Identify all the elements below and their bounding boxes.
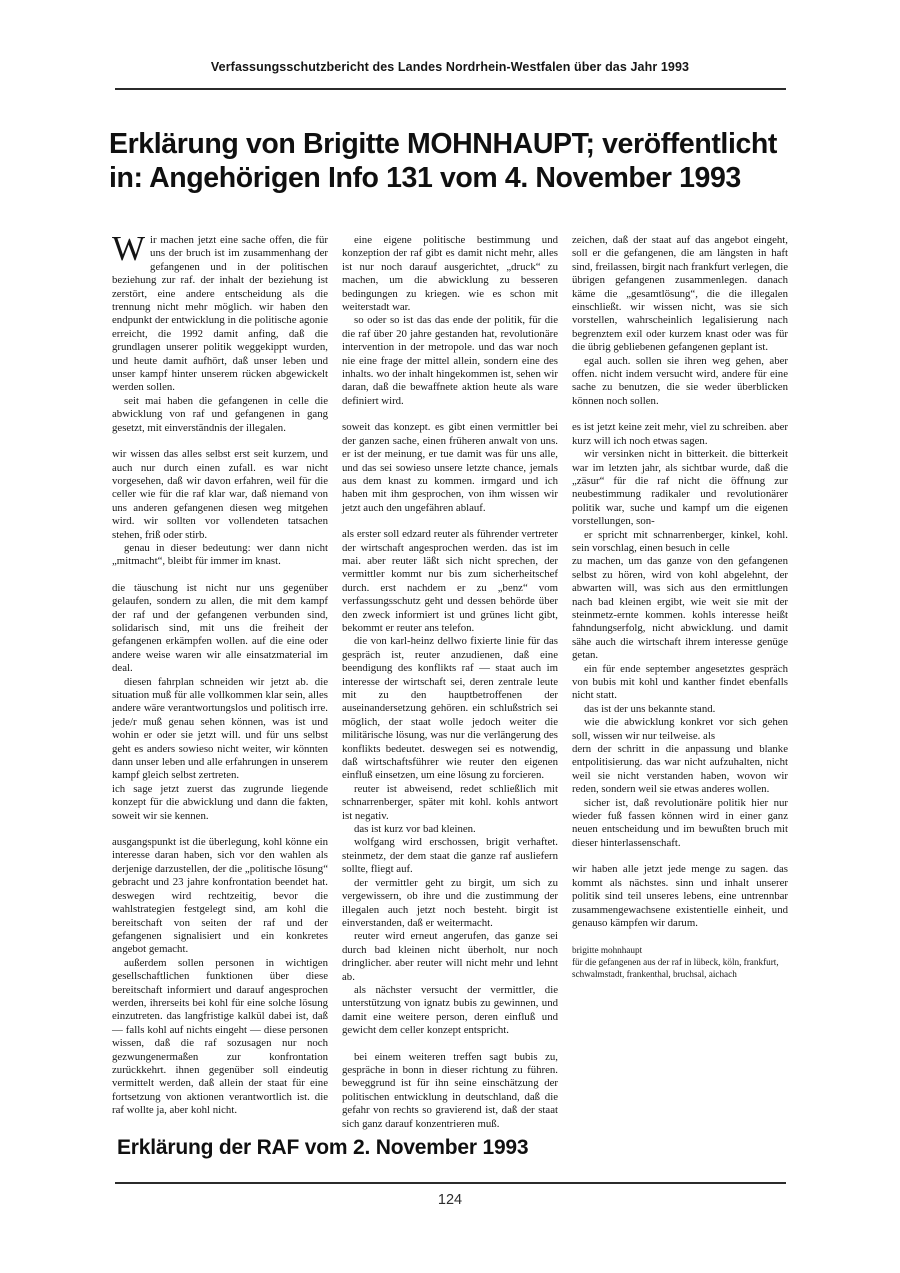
paragraph: die von karl-heinz dellwo fixierte linie… [342, 635, 558, 782]
signature-detail: für die gefangenen aus der raf in lübeck… [572, 956, 788, 980]
paragraph: reuter ist abweisend, redet schließlich … [342, 783, 558, 823]
paragraph: zeichen, daß der staat auf das angebot e… [572, 234, 788, 355]
paragraph: außerdem sollen personen in wichtigen ge… [112, 957, 328, 1118]
footer-section-heading: Erklärung der RAF vom 2. November 1993 [117, 1136, 528, 1160]
paragraph: wir versinken nicht in bitterkeit. die b… [572, 448, 788, 528]
document-title-line2: in: Angehörigen Info 131 vom 4. November… [109, 161, 801, 195]
body-column-3: zeichen, daß der staat auf das angebot e… [572, 234, 788, 1131]
paragraph: egal auch. sollen sie ihren weg gehen, a… [572, 355, 788, 409]
paragraph: ausgangspunkt ist die überlegung, kohl k… [112, 836, 328, 957]
paragraph: diesen fahrplan schneiden wir jetzt ab. … [112, 676, 328, 783]
paragraph: er spricht mit schnarrenberger, kinkel, … [572, 529, 788, 556]
body-column-1: Wir machen jetzt eine sache offen, die f… [112, 234, 328, 1131]
paragraph: reuter wird erneut angerufen, das ganze … [342, 930, 558, 984]
paragraph: genau in dieser bedeutung: wer dann nich… [112, 542, 328, 569]
paragraph: wir haben alle jetzt jede menge zu sagen… [572, 863, 788, 930]
signature-name: brigitte mohnhaupt [572, 944, 788, 956]
paragraph: das ist kurz vor bad kleinen. [342, 823, 558, 836]
paragraph: als erster soll edzard reuter als führen… [342, 528, 558, 635]
header-divider [115, 88, 786, 90]
paragraph: der vermittler geht zu birgit, um sich z… [342, 877, 558, 931]
paragraph: dern der schritt in die anpassung und bl… [572, 743, 788, 797]
paragraph: zu machen, um das ganze von den gefangen… [572, 555, 788, 662]
paragraph: eine eigene politische bestimmung und ko… [342, 234, 558, 314]
paragraph: Wir machen jetzt eine sache offen, die f… [112, 234, 328, 395]
body-column-2: eine eigene politische bestimmung und ko… [342, 234, 558, 1131]
paragraph: ich sage jetzt zuerst das zugrunde liege… [112, 783, 328, 823]
document-page: Verfassungsschutzbericht des Landes Nord… [0, 0, 900, 1273]
paragraph: wolfgang wird erschossen, brigit verhaft… [342, 836, 558, 876]
paragraph: sicher ist, daß revolutionäre politik hi… [572, 797, 788, 851]
running-header: Verfassungsschutzbericht des Landes Nord… [0, 60, 900, 74]
paragraph: seit mai haben die gefangenen in celle d… [112, 395, 328, 435]
document-title-line1: Erklärung von Brigitte MOHNHAUPT; veröff… [109, 127, 801, 161]
paragraph: so oder so ist das das ende der politik,… [342, 314, 558, 408]
paragraph: wir wissen das alles selbst erst seit ku… [112, 448, 328, 542]
paragraph: soweit das konzept. es gibt einen vermit… [342, 421, 558, 515]
signature-block: brigitte mohnhaupt für die gefangenen au… [572, 944, 788, 980]
paragraph: die täuschung ist nicht nur uns gegenübe… [112, 582, 328, 676]
drop-cap: W [112, 234, 150, 262]
paragraph: das ist der uns bekannte stand. [572, 703, 788, 716]
paragraph: bei einem weiteren treffen sagt bubis zu… [342, 1051, 558, 1131]
document-title: Erklärung von Brigitte MOHNHAUPT; veröff… [109, 127, 801, 195]
paragraph: es ist jetzt keine zeit mehr, viel zu sc… [572, 421, 788, 448]
article-body: Wir machen jetzt eine sache offen, die f… [112, 234, 788, 1131]
page-number: 124 [0, 1192, 900, 1208]
paragraph: ein für ende september angesetztes gespr… [572, 663, 788, 703]
paragraph: als nächster versucht der vermittler, di… [342, 984, 558, 1038]
footer-divider [115, 1182, 786, 1184]
paragraph: wie die abwicklung konkret vor sich gehe… [572, 716, 788, 743]
